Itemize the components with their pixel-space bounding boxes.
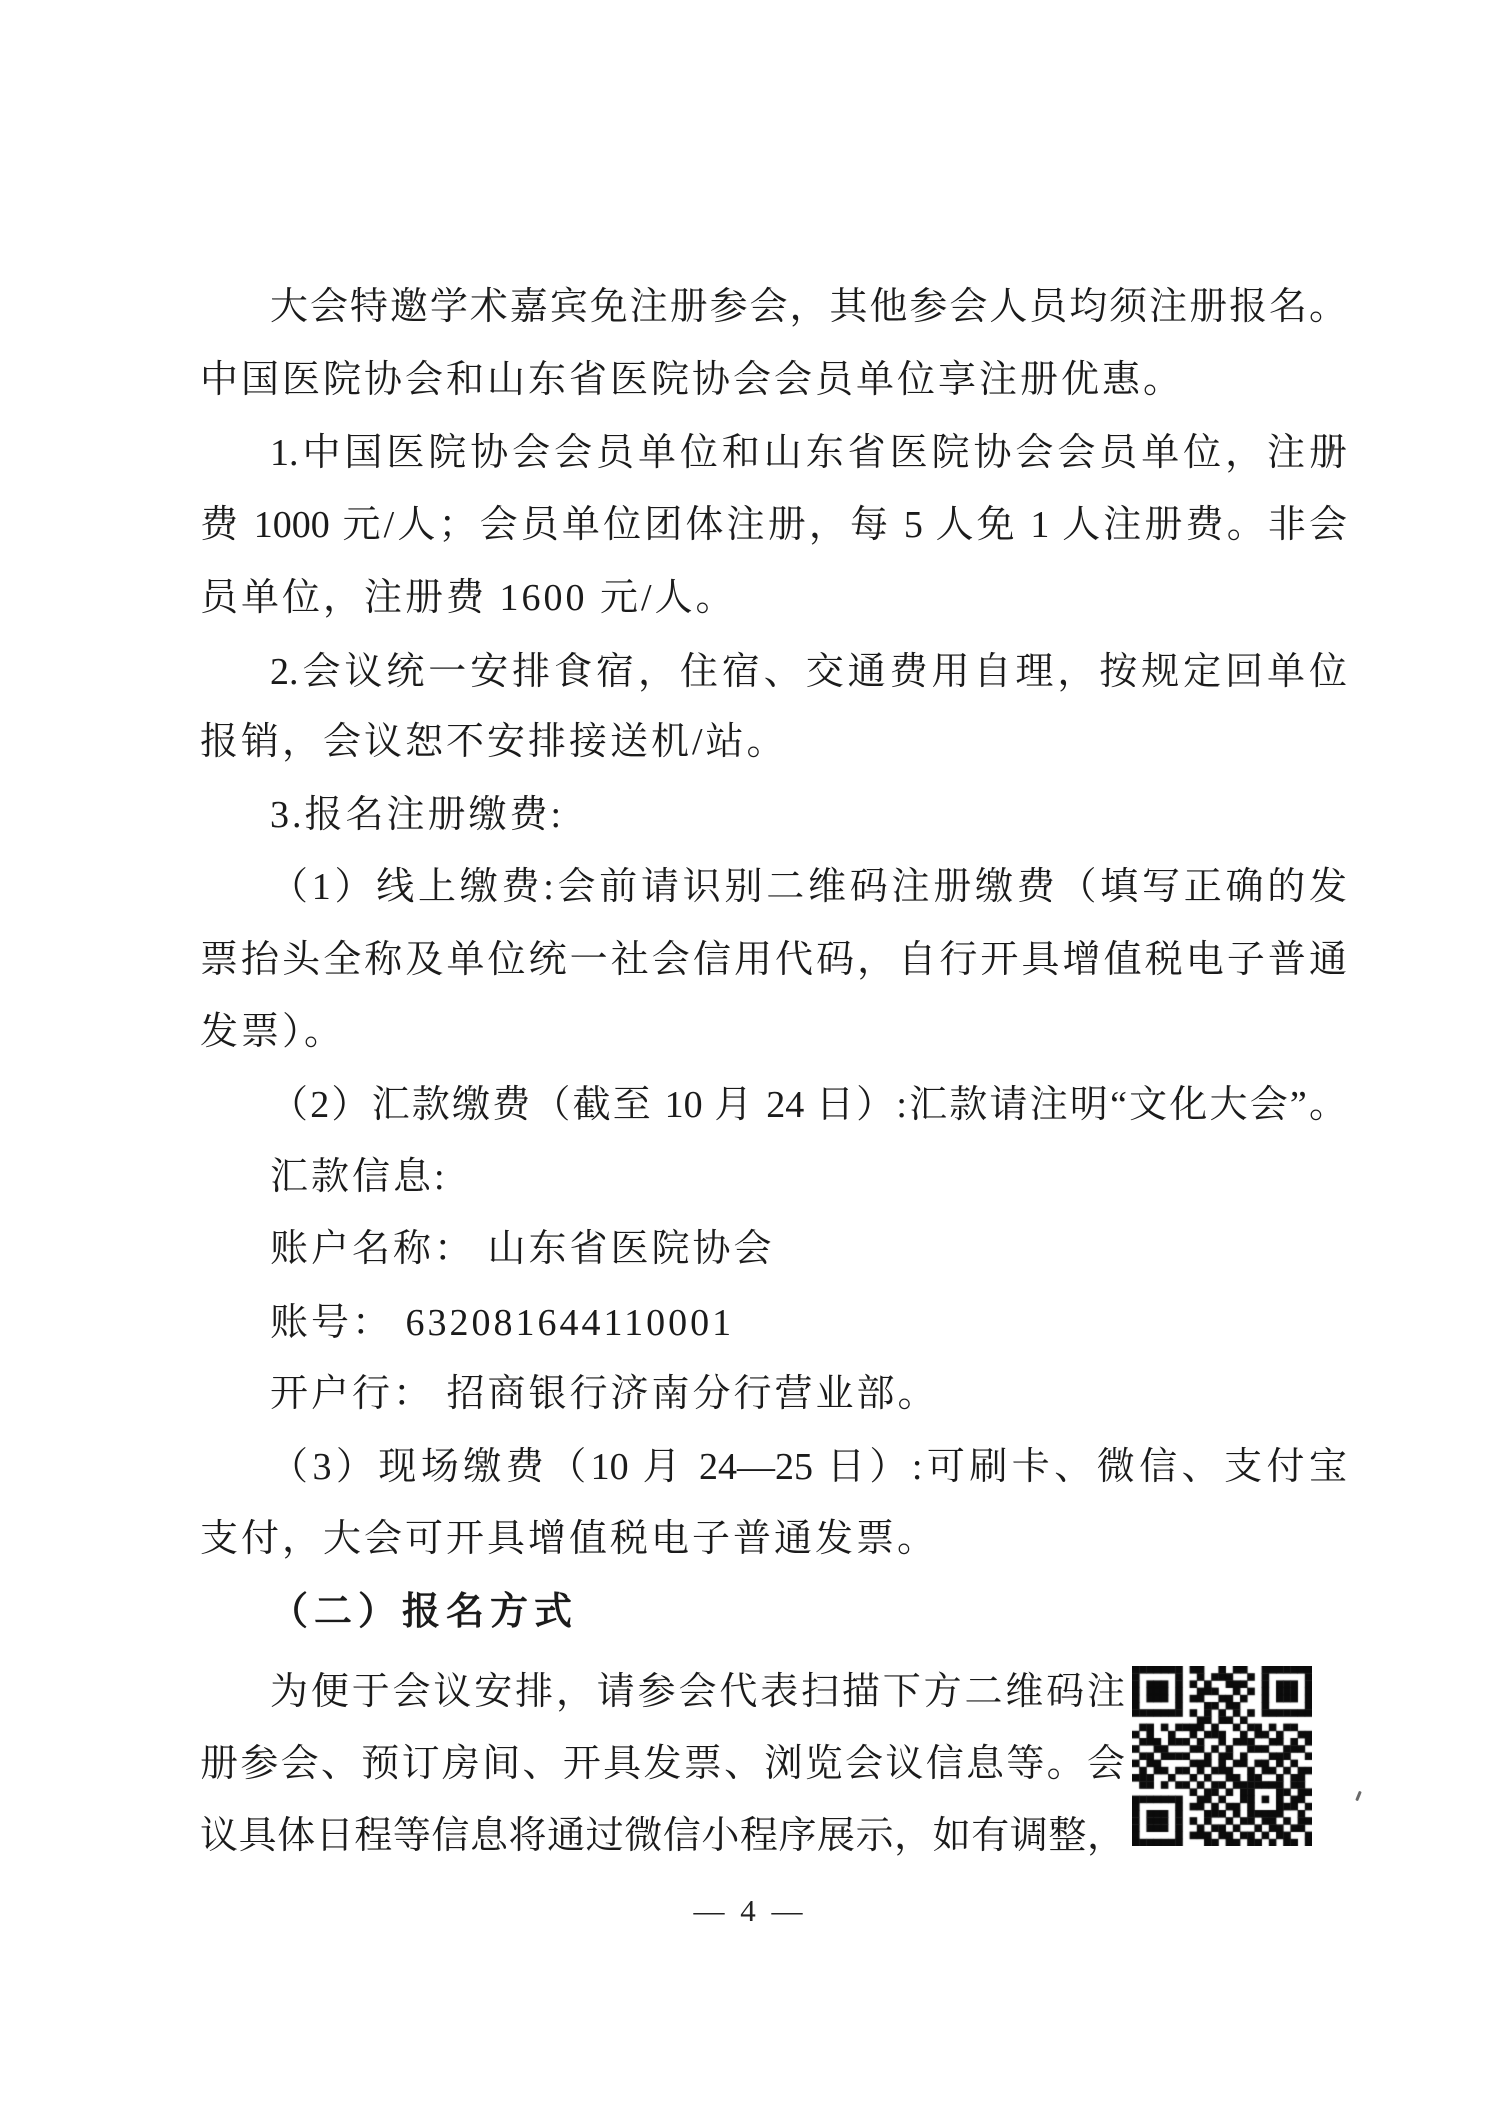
body-line: 大会特邀学术嘉宾免注册参会，其他参会人员均须注册报名。 xyxy=(200,283,1347,333)
section-heading: （二）报名方式 xyxy=(200,1588,1347,1638)
body-line: 中国医院协会和山东省医院协会会员单位享注册优惠。 xyxy=(200,356,1347,406)
body-line: 为便于会议安排，请参会代表扫描下方二维码注 xyxy=(200,1668,1125,1718)
scan-artifact xyxy=(1355,1791,1362,1801)
bank-branch-line: 开户行： 招商银行济南分行营业部。 xyxy=(200,1370,1347,1420)
body-line: 3.报名注册缴费: xyxy=(200,791,1347,841)
page-number: — 4 — xyxy=(0,1893,1500,1929)
body-line: 费 1000 元/人；会员单位团体注册，每 5 人免 1 人注册费。非会 xyxy=(200,501,1347,551)
body-line: （2）汇款缴费（截至 10 月 24 日）:汇款请注明“文化大会”。 xyxy=(200,1081,1347,1131)
body-line: 2.会议统一安排食宿，住宿、交通费用自理，按规定回单位 xyxy=(200,648,1347,698)
registration-qr-code-image xyxy=(1132,1666,1312,1846)
body-line: 议具体日程等信息将通过微信小程序展示，如有调整， xyxy=(200,1812,1125,1862)
account-name-line: 账户名称： 山东省医院协会 xyxy=(200,1225,1347,1275)
body-line: 员单位，注册费 1600 元/人。 xyxy=(200,574,1347,624)
body-line: （1）线上缴费:会前请识别二维码注册缴费（填写正确的发 xyxy=(200,863,1347,913)
body-line: 支付，大会可开具增值税电子普通发票。 xyxy=(200,1515,1347,1565)
account-number-line: 账号： 632081644110001 xyxy=(200,1299,1347,1349)
body-line: 发票）。 xyxy=(200,1008,1347,1058)
body-line: 票抬头全称及单位统一社会信用代码，自行开具增值税电子普通 xyxy=(200,936,1347,986)
body-line: 册参会、预订房间、开具发票、浏览会议信息等。会 xyxy=(200,1740,1125,1790)
body-line: （3）现场缴费（10 月 24—25 日）:可刷卡、微信、支付宝 xyxy=(200,1443,1347,1493)
document-page: 大会特邀学术嘉宾免注册参会，其他参会人员均须注册报名。 中国医院协会和山东省医院… xyxy=(0,0,1500,2120)
body-line: 报销，会议恕不安排接送机/站。 xyxy=(200,718,1347,768)
remittance-info-heading: 汇款信息: xyxy=(200,1153,1347,1203)
body-line: 1.中国医院协会会员单位和山东省医院协会会员单位，注册 xyxy=(200,429,1347,479)
